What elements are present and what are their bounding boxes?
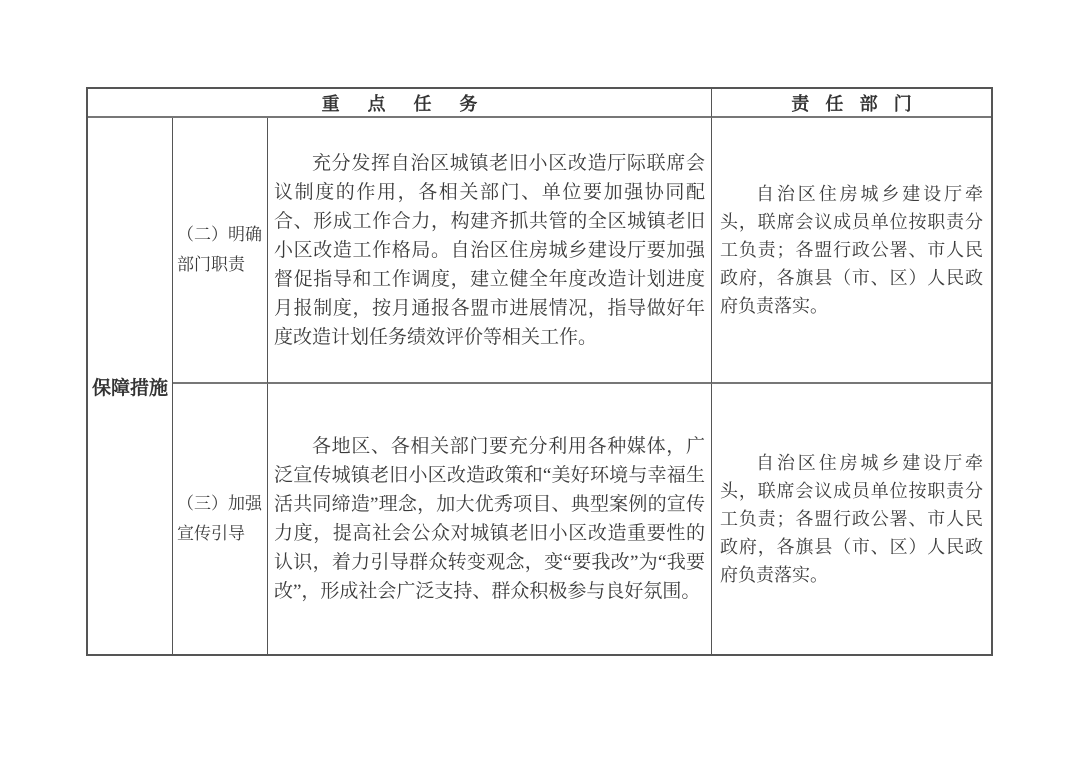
table-row-1-label-cell: （二）明确部门职责 (173, 118, 268, 384)
table-row-2-task-cell: 各地区、各相关部门要充分利用各种媒体，广泛宣传城镇老旧小区改造政策和“美好环境与… (268, 384, 712, 654)
header-key-tasks-label: 重点任务 (322, 90, 506, 116)
group-label-safeguard-measures: 保障措施 (88, 118, 173, 654)
table-row-2-department-cell: 自治区住房城乡建设厅牵头，联席会议成员单位按职责分工负责；各盟行政公署、市人民政… (712, 384, 991, 654)
row-1-label: （二）明确部门职责 (177, 220, 263, 280)
header-responsible-depts: 责任部门 (712, 89, 991, 118)
table-row-1-department-cell: 自治区住房城乡建设厅牵头，联席会议成员单位按职责分工负责；各盟行政公署、市人民政… (712, 118, 991, 384)
row-2-label: （三）加强宣传引导 (177, 489, 263, 549)
header-responsible-depts-label: 责任部门 (791, 90, 928, 116)
row-2-department-text: 自治区住房城乡建设厅牵头，联席会议成员单位按职责分工负责；各盟行政公署、市人民政… (720, 449, 983, 589)
row-1-department-text: 自治区住房城乡建设厅牵头，联席会议成员单位按职责分工负责；各盟行政公署、市人民政… (720, 180, 983, 320)
measures-table: 重点任务 责任部门 保障措施 （二）明确部门职责 充分发挥自治区城镇老旧小区改造… (86, 87, 993, 656)
table-row-1-task-cell: 充分发挥自治区城镇老旧小区改造厅际联席会议制度的作用，各相关部门、单位要加强协同… (268, 118, 712, 384)
row-1-task-text: 充分发挥自治区城镇老旧小区改造厅际联席会议制度的作用，各相关部门、单位要加强协同… (274, 149, 705, 352)
header-key-tasks: 重点任务 (88, 89, 712, 118)
table-row-2-label-cell: （三）加强宣传引导 (173, 384, 268, 654)
row-2-task-text: 各地区、各相关部门要充分利用各种媒体，广泛宣传城镇老旧小区改造政策和“美好环境与… (274, 432, 705, 606)
group-label-text: 保障措施 (92, 373, 168, 400)
